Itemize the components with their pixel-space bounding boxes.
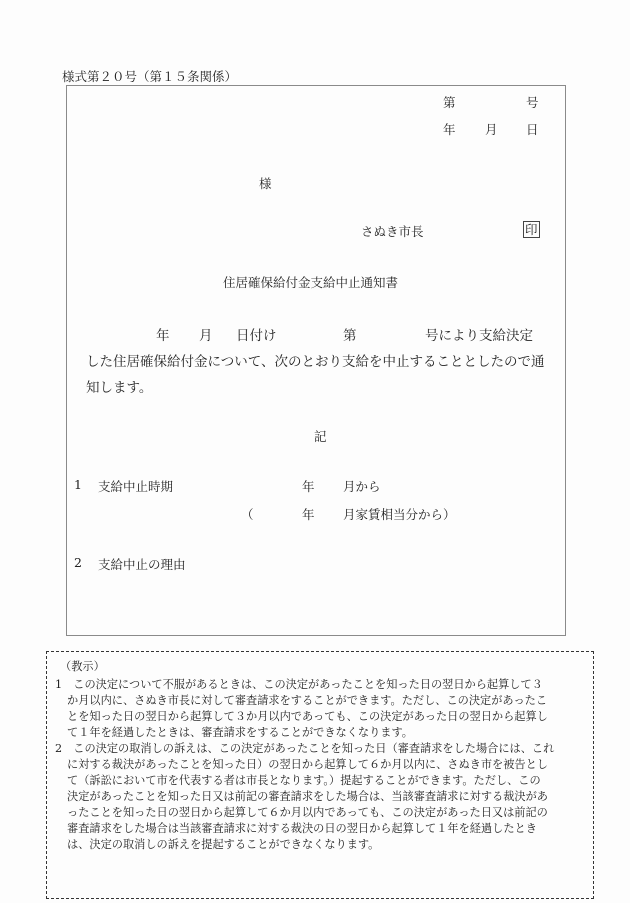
body-date-suffix: 日付け [236,324,277,344]
notice-line: 2 この決定の取消しの訴えは、この決定があったことを知った日（審査請求をした場合… [55,740,554,756]
item-2-label: 支給中止の理由 [98,555,186,573]
body-month: 月 [199,324,213,344]
body-year: 年 [156,324,170,344]
doc-number-suffix: 号 [526,93,539,111]
notice-line: か月以内に、さぬき市長に対して審査請求をすることができます。ただし、この決定があ… [67,692,547,708]
notice-line: て（訴訟において市を代表する者は市長となります。）提起することができます。ただし… [67,772,541,788]
notice-line: ったことを知った日の翌日から起算して６か月以内であっても、この決定があった日又は… [67,804,548,820]
item-1-sub-year: 年 [302,505,315,523]
notice-line: 決定があったことを知った日又は前記の審査請求をした場合は、当該審査請求に対する裁… [67,788,548,804]
notification-form-box: 第 号 年 月 日 様 さぬき市長 印 住居確保給付金支給中止通知書 年 月 日… [66,85,566,636]
date-month: 月 [485,120,498,138]
notice-line: は、決定の取消しの訴えを提起することができなくなります。 [67,836,379,852]
document-title: 住居確保給付金支給中止通知書 [223,273,398,291]
item-1-sub-open: （ [241,505,254,523]
notice-line: とを知った日の翌日から起算して３か月以内であっても、この決定があった日の翌日から… [67,708,548,724]
body-line-3: 知します。 [86,376,152,396]
doc-number-prefix: 第 [443,93,456,111]
form-number-label: 様式第２０号（第１５条関係） [62,67,237,85]
item-1-month-from: 月から [343,477,381,495]
notice-line: 1 この決定について不服があるときは、この決定があったことを知った日の翌日から起… [55,676,543,692]
seal-mark: 印 [523,221,540,238]
body-number-prefix: 第 [343,324,357,344]
item-2-number: 2 [74,555,82,570]
notice-line: に対する裁決があったことを知った日）の翌日から起算して６か月以内に、さぬき市を被… [67,756,548,772]
ki-heading: 記 [314,427,327,445]
notice-line: て１年を経過したときは、審査請求をすることができなくなります。 [67,724,413,740]
body-line-2: した住居確保給付金について、次のとおり支給を中止することとしたので通 [86,350,544,370]
issuer-name: さぬき市長 [361,222,424,240]
notice-heading: （教示） [60,658,105,674]
item-1-year: 年 [302,477,315,495]
item-1-label: 支給中止時期 [98,477,173,495]
date-year: 年 [443,120,456,138]
notice-line: 審査請求をした場合は当該審査請求に対する裁決の日の翌日から起算して１年を経過した… [67,820,537,836]
appeal-notice-box: （教示） 1 この決定について不服があるときは、この決定があったことを知った日の… [46,651,594,899]
item-1-sub-tail: 月家賃相当分から） [343,505,456,523]
item-1-number: 1 [74,477,82,492]
body-number-tail: 号により支給決定 [425,324,533,344]
addressee-suffix: 様 [259,174,272,192]
date-day: 日 [526,120,539,138]
